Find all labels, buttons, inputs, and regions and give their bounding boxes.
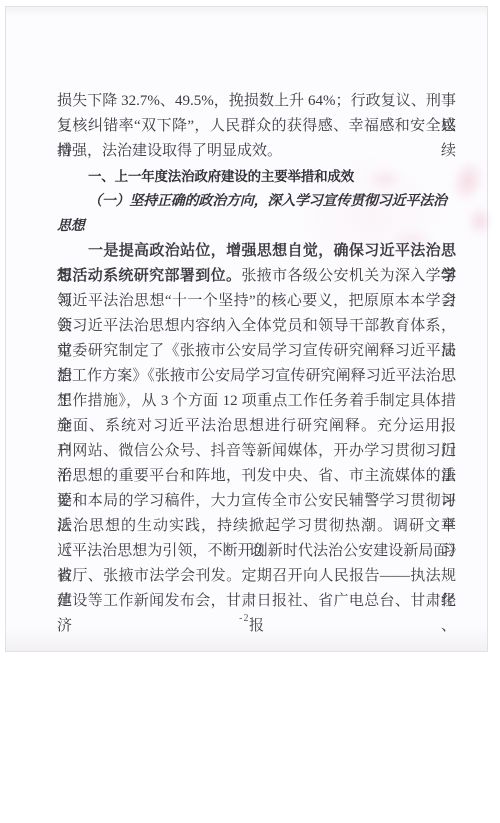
body-text: （一）坚持正确的政治方向，深入学习宣传贯彻习近平法治 — [88, 194, 447, 209]
text-line-21: 建设等工作新闻发布会，甘肃日报社、省广电总台、甘肃经济报、 — [57, 589, 456, 614]
text-line-1: 损失下降 32.7%、49.5%，挽损数上升 64%；行政复议、刑事复议 — [57, 89, 456, 114]
text-line-20: 省厅、张掖市法学会刊发。定期召开向人民报告——执法规范化 — [57, 564, 456, 589]
text-line-8: 习活动系统研究部署到位。张掖市各级公安机关为深入学习领会 — [57, 264, 456, 289]
body-text: 一、上一年度法治政府建设的主要举措和成效 — [88, 169, 354, 184]
text-line-2: 复核纠错率“双下降”，人民群众的获得感、幸福感和安全感持续 — [57, 114, 456, 139]
text-line-11: 党委研究制定了《张掖市公安局学习宣传研究阐释习近平法治思 — [57, 339, 456, 364]
body-text: 增强，法治建设取得了明显成效。 — [57, 143, 282, 159]
bold-lead-text: 习活动系统研究部署到位。 — [57, 268, 241, 284]
text-line-18: 法治思想的生动实践，持续掀起学习贯彻热潮。调研文章《以习 — [57, 514, 456, 539]
text-line-4: 一、上一年度法治政府建设的主要举措和成效 — [57, 164, 456, 189]
text-line-14: 全面、系统对习近平法治思想进行研究阐释。充分运用报刊、门 — [57, 414, 456, 439]
text-line-13: 工作措施》，从 3 个方面 12 项重点工作任务着手制定具体措施， — [57, 389, 456, 414]
page-number: -2- — [6, 613, 487, 624]
text-line-17: 论和本局的学习稿件，大力宣传全市公安民辅警学习贯彻习近平 — [57, 489, 456, 514]
text-line-7: 一是提高政治站位，增强思想自觉，确保习近平法治思想学 — [57, 239, 456, 264]
text-line-16: 治思想的重要平台和阵地，刊发中央、省、市主流媒体的重要评 — [57, 464, 456, 489]
text-line-6: 思想 — [57, 214, 456, 239]
scan-top-shadow — [6, 7, 487, 17]
text-line-10: 会习近平法治思想内容纳入全体党员和领导干部教育体系，市局 — [57, 314, 456, 339]
text-line-15: 户网站、微信公众号、抖音等新闻媒体，开办学习贯彻习近平法 — [57, 439, 456, 464]
scanned-document-page: 损失下降 32.7%、49.5%，挽损数上升 64%；行政复议、刑事复议复核纠错… — [5, 6, 488, 652]
text-line-9: 习近平法治思想“十一个坚持”的核心要义，把原原本本学习领 — [57, 289, 456, 314]
text-line-19: 近平法治思想为引领，不断开创新时代法治公安建设新局面》被 — [57, 539, 456, 564]
faint-red-watermark — [466, 205, 494, 237]
text-line-5: （一）坚持正确的政治方向，深入学习宣传贯彻习近平法治 — [57, 189, 456, 214]
text-line-12: 想工作方案》《张掖市公安局学习宣传研究阐释习近平法治思想 — [57, 364, 456, 389]
document-body: 损失下降 32.7%、49.5%，挽损数上升 64%；行政复议、刑事复议复核纠错… — [57, 89, 456, 614]
body-text: 思想 — [57, 219, 85, 234]
